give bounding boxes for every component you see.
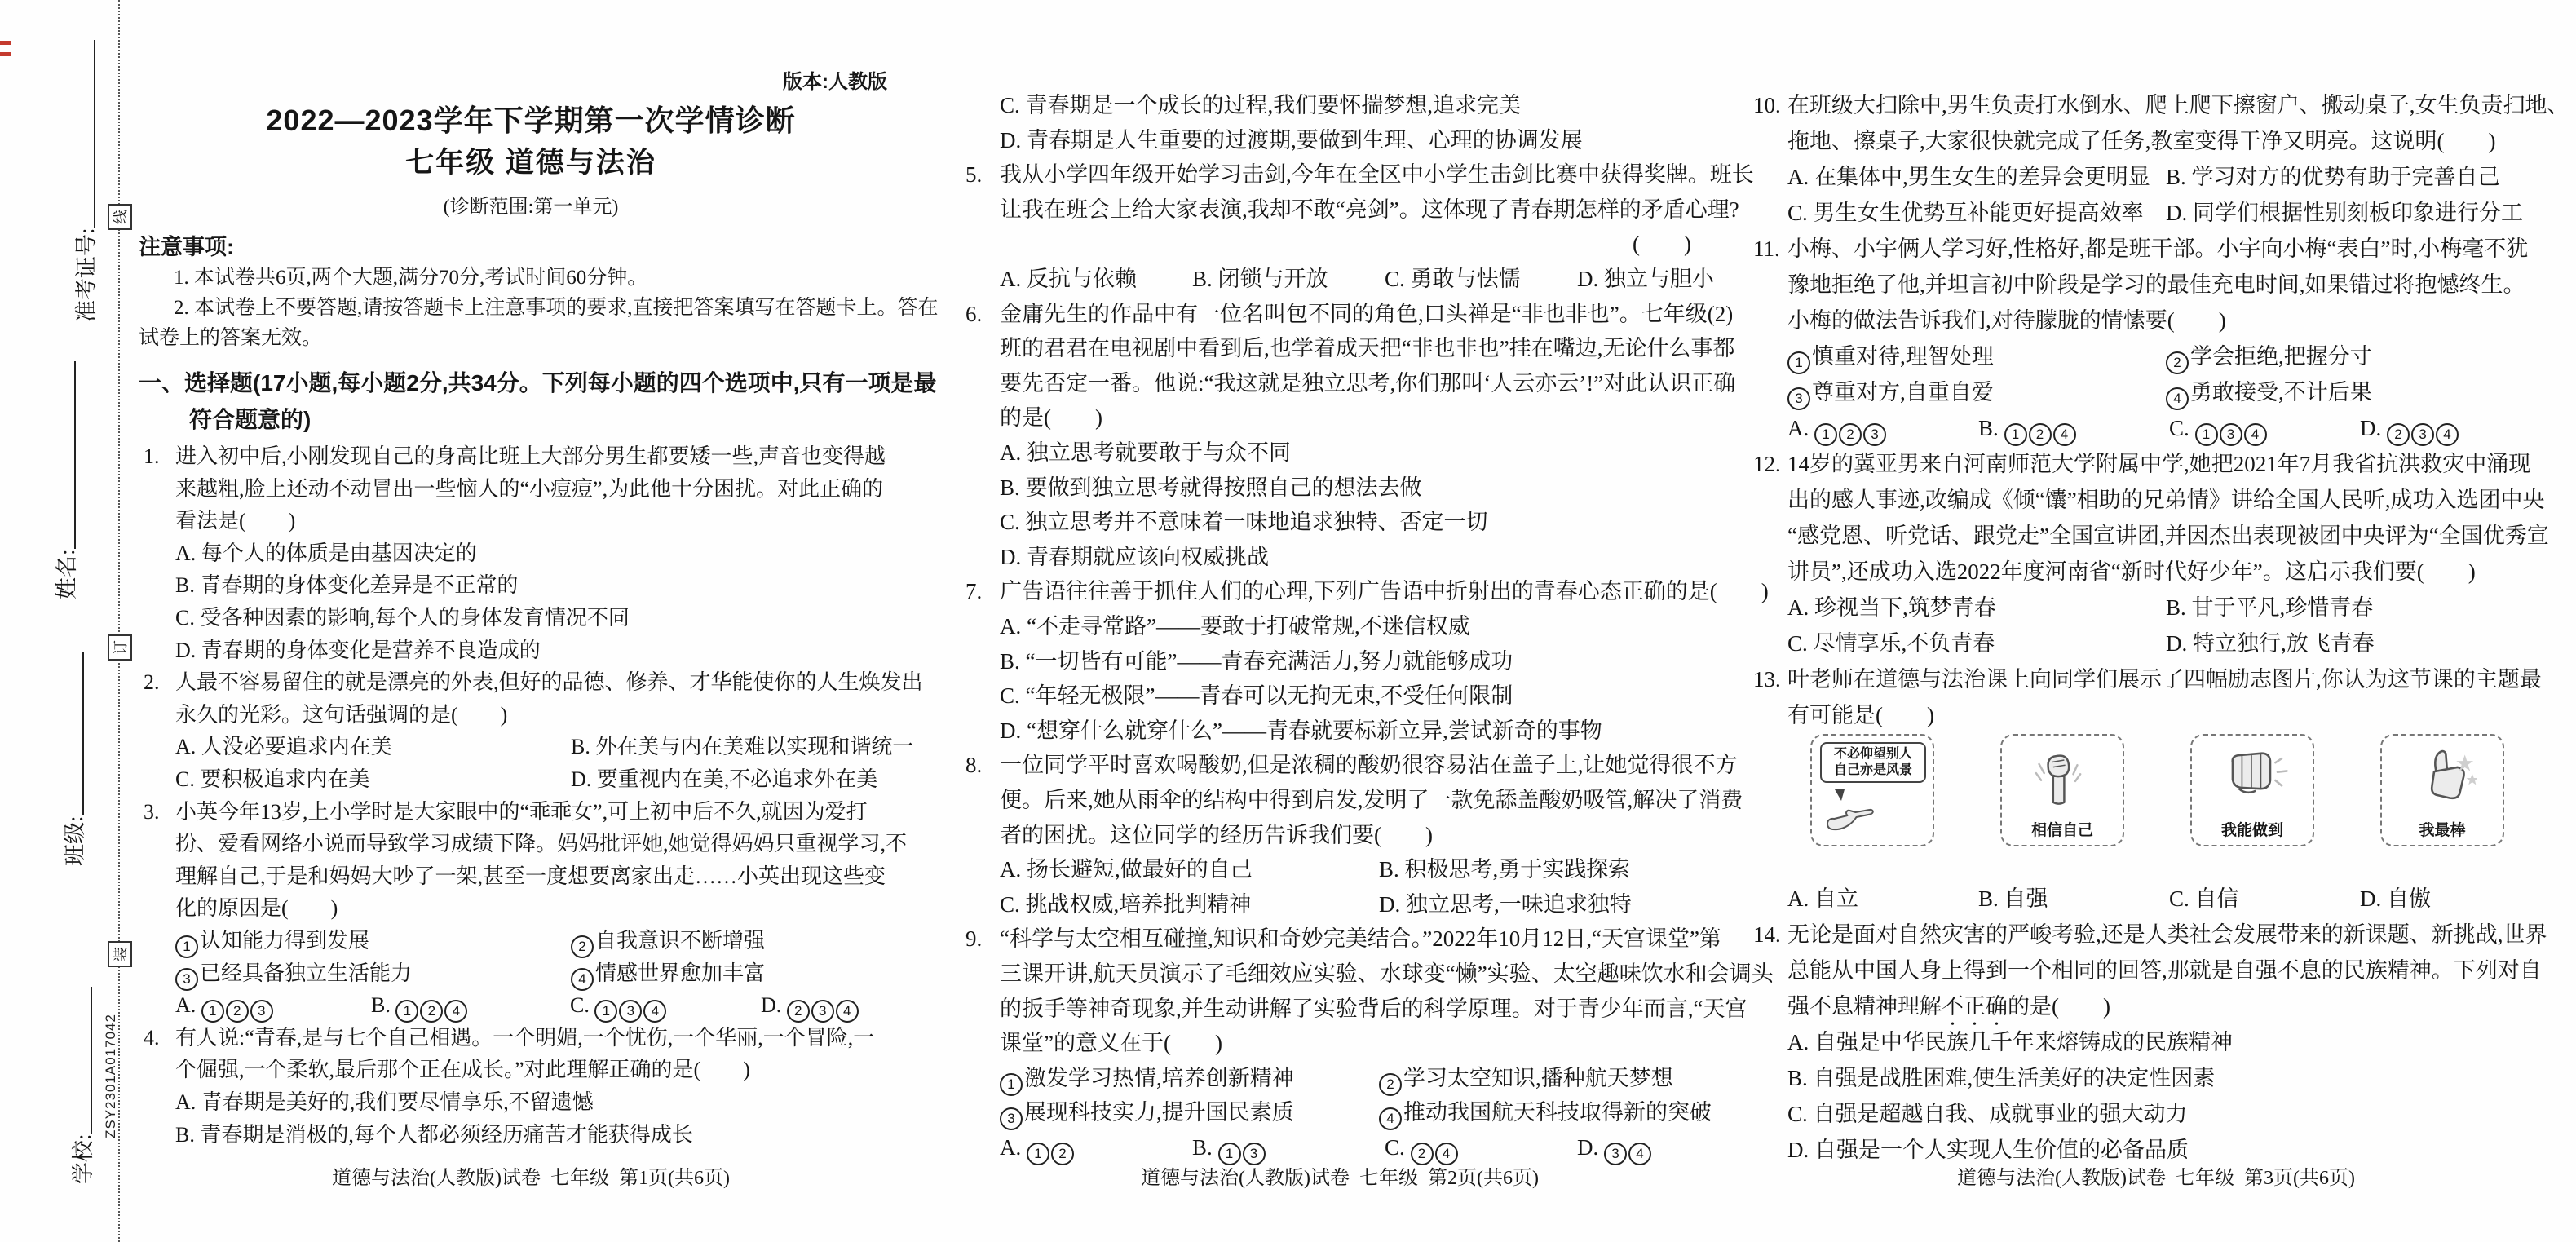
option-item: C. 男生女生优势互补能更好提高效率 <box>1787 199 2144 227</box>
option-letter: A. <box>1000 267 1027 291</box>
circled-number: 3 <box>1787 387 1810 410</box>
circled-number: 3 <box>619 1000 642 1023</box>
circled-number: 1 <box>201 1000 224 1023</box>
option-letter: A. <box>1000 1135 1027 1160</box>
option-letter: D. <box>1000 128 1027 152</box>
option-letter: A. <box>1000 440 1027 465</box>
question-line: 进入初中后,小刚发现自己的身高比班上大部分男生都要矮一些,声音也变得越 <box>175 443 886 471</box>
question-number: 6. <box>965 300 982 328</box>
circled-number: 1 <box>395 1000 418 1023</box>
option-text: 自傲 <box>2387 886 2431 911</box>
numbered-statement: 3展现科技实力,提升国民素质 <box>1000 1098 1294 1130</box>
option-letter: C. <box>2169 416 2195 440</box>
option-text: 勇敢与怯懦 <box>1411 267 1521 291</box>
option-letter: D. <box>2166 631 2193 656</box>
option-line: B. 要做到独立思考就得按照自己的想法去做 <box>1000 474 1422 502</box>
question-line: 永久的光彩。这句话强调的是( ) <box>175 701 507 729</box>
option-letter: A. <box>175 1090 201 1114</box>
option-line: D. “想穿什么就穿什么”——青春就要标新立异,尝试新奇的事物 <box>1000 717 1602 745</box>
option-letter: B. <box>1787 1066 1814 1090</box>
option-letter: A. <box>175 993 201 1017</box>
numbered-statement: 4勇敢接受,不计后果 <box>2166 378 2372 410</box>
circled-number: 3 <box>1000 1107 1023 1130</box>
question-line: ( ) <box>1000 230 1691 258</box>
option-text: 积极思考,勇于实践探索 <box>1405 857 1631 882</box>
speech-bubble: 不必仰望别人自己亦是风景 <box>1820 742 1926 783</box>
circled-number: 1 <box>2004 423 2027 446</box>
sidebar-field-name: 姓名: <box>49 361 81 599</box>
question-number: 10. <box>1753 91 1781 119</box>
option-letter: C. <box>175 606 200 630</box>
option-text: 同学们根据性别刻板印象进行分工 <box>2193 201 2523 225</box>
question-number: 14. <box>1753 921 1781 948</box>
option-letter: D. <box>1577 1135 1604 1160</box>
question-line: 班的君君在电视剧中看到后,也学着成天把“非也非也”挂在嘴边,无论什么事都 <box>1000 334 1734 362</box>
sidebar-field-school: 学校: <box>65 987 97 1184</box>
question-line: 广告语往往善于抓住人们的心理,下列广告语中折射出的青春心态正确的是( ) <box>1000 577 1769 605</box>
question-line: 强不息精神理解不正确的是( ) <box>1787 992 2110 1031</box>
option-line: A. 自强是中华民族几千年来熔铸成的民族精神 <box>1787 1028 2233 1056</box>
option-letter: C. <box>175 767 200 791</box>
option-letter: B. <box>1000 475 1026 500</box>
question-number: 13. <box>1753 665 1781 693</box>
option-text: 自强是一个人实现人生价值的必备品质 <box>1814 1138 2189 1162</box>
option-item: D. 特立独行,放飞青春 <box>2166 630 2375 657</box>
notice-title: 注意事项: <box>139 229 234 261</box>
option-letter: B. <box>175 1123 200 1147</box>
option-text: 闭锁与开放 <box>1218 267 1328 291</box>
question-number: 3. <box>144 798 160 826</box>
option-text: 每个人的体质是由基因决定的 <box>201 541 477 565</box>
option-item: A. 反抗与依赖 <box>1000 265 1137 293</box>
circled-number: 4 <box>444 1000 467 1023</box>
option-item: C. 勇敢与怯懦 <box>1385 265 1521 293</box>
scan-registration-mark <box>0 41 11 45</box>
speech-bubble-tail <box>1835 789 1845 801</box>
circled-number: 4 <box>2436 423 2459 446</box>
question-line: 理解自己,于是和妈妈大吵了一架,甚至一度想要离家出走……小英出现这些变 <box>175 863 886 891</box>
option-letter: D. <box>175 639 201 662</box>
question-line: 个倔强,一个柔软,最后那个正在成长。”对此理解正确的是( ) <box>175 1056 750 1084</box>
option-text: 自我意识不断增强 <box>595 929 765 952</box>
question-number: 1. <box>144 443 160 471</box>
option-item: A. 扬长避短,做最好的自己 <box>1000 855 1253 883</box>
option-letter: A. <box>1787 1030 1814 1054</box>
exam-title: 2022—2023学年下学期第一次学情诊断 <box>139 98 923 139</box>
question-line: 看法是( ) <box>175 507 295 535</box>
option-text: 青春期是人生重要的过渡期,要做到生理、心理的协调发展 <box>1027 128 1583 152</box>
option-text: 尊重对方,自重自爱 <box>1812 380 1994 404</box>
circled-number: 3 <box>2411 423 2434 446</box>
question-line: 化的原因是( ) <box>175 895 338 922</box>
option-letter: B. <box>1379 857 1405 882</box>
option-text: 青春期是美好的,我们要尽情享乐,不留遗憾 <box>201 1090 594 1114</box>
question-line: 拖地、擦桌子,大家很快就完成了任务,教室变得干净又明亮。这说明( ) <box>1787 127 2495 155</box>
question-line: “科学与太空相互碰撞,知识和奇妙完美结合。”2022年10月12日,“天宫课堂”… <box>1000 925 1721 952</box>
option-letter: C. <box>1000 892 1026 917</box>
option-line: B. “一切皆有可能”——青春充满活力,努力就能够成功 <box>1000 648 1513 675</box>
numbered-statement: 4情感世界愈加丰富 <box>571 960 765 991</box>
numbered-statement: 1激发学习热情,培养创新精神 <box>1000 1064 1294 1096</box>
option-text: 自立 <box>1814 886 1858 911</box>
circled-number: 2 <box>226 1000 249 1023</box>
option-text: 要做到独立思考就得按照自己的想法去做 <box>1026 475 1422 500</box>
circled-number: 2 <box>2166 351 2189 374</box>
page-footer-2: 道德与法治(人教版)试卷 七年级 第2页(共6页) <box>965 1161 1714 1190</box>
circled-number: 3 <box>175 968 198 991</box>
school-blank <box>74 987 92 1134</box>
option-text: 已经具备独立生活能力 <box>200 961 412 985</box>
option-text: 男生女生优势互补能更好提高效率 <box>1814 201 2144 225</box>
option-letter: C. <box>1385 267 1411 291</box>
circled-number: 2 <box>1839 423 1862 446</box>
option-text: 独立思考并不意味着一味地追求独特、否定一切 <box>1026 510 1488 534</box>
option-letter: B. <box>1192 1135 1218 1160</box>
name-label: 姓名: <box>55 549 79 599</box>
option-text: 特立独行,放飞青春 <box>2193 631 2375 656</box>
question-number: 5. <box>965 161 982 188</box>
option-letter: D. <box>2166 201 2193 225</box>
option-line: C. 青春期是一个成长的过程,我们要怀揣梦想,追求完美 <box>1000 91 1521 119</box>
text: 强不息精神理解 <box>1787 994 1942 1019</box>
option-letter: A. <box>175 541 201 565</box>
option-text: 受各种因素的影响,每个人的身体发育情况不同 <box>200 606 630 630</box>
notice-item-2-cont: 试卷上的答案无效。 <box>139 321 322 351</box>
question-line: 来越粗,脸上还动不动冒出一些恼人的“小痘痘”,为此他十分困扰。对此正确的 <box>175 475 883 503</box>
binding-char-zhuang: 装 <box>108 941 132 967</box>
question-line: 课堂”的意义在于( ) <box>1000 1029 1222 1057</box>
question-line: 豫地拒绝了他,并坦言初中阶段是学习的最佳充电时间,如果错过将抱憾终生。 <box>1787 271 2525 298</box>
option-line: A. 青春期是美好的,我们要尽情享乐,不留遗憾 <box>175 1089 594 1116</box>
question-number: 11. <box>1753 235 1780 263</box>
question-line: 的是( ) <box>1000 404 1102 431</box>
option-letter: A. <box>1787 886 1814 911</box>
exam-scan-page: 线 订 装 准考证号: 姓名: 班级: 学校: ZSY2301A017042 版… <box>0 0 2576 1242</box>
notice-item-2: 2. 本试卷上不要答题,请按答题卡上注意事项的要求,直接把答案填写在答题卡上。答… <box>174 291 939 320</box>
exam-scope: (诊断范围:第一单元) <box>139 190 923 219</box>
option-item: C. 134 <box>2169 414 2269 446</box>
question-line: 出的感人事迹,改编成《倾“馕”相助的兄弟情》讲给全国人民听,成功入选团中央 <box>1787 486 2544 514</box>
binding-char-ding: 订 <box>108 634 132 661</box>
circled-number: 4 <box>2166 387 2189 410</box>
option-text: “不走寻常路”——要敢于打破常规,不迷信权威 <box>1027 614 1470 639</box>
option-item: B. 外在美与内在美难以实现和谐统一 <box>571 733 913 761</box>
option-letter: C. <box>2169 886 2195 911</box>
option-letter: B. <box>1000 649 1026 674</box>
option-text: 尽情享乐,不负青春 <box>1814 631 1995 656</box>
motivational-card: 不必仰望别人自己亦是风景 <box>1810 734 1934 846</box>
option-line: A. 每个人的体质是由基因决定的 <box>175 540 477 568</box>
speech-bubble-line: 自己亦是风景 <box>1823 762 1923 779</box>
option-text: 独立思考就要敢于与众不同 <box>1027 440 1291 465</box>
circled-number: 4 <box>1379 1107 1402 1130</box>
motivational-card: 相信自己 <box>2000 734 2124 846</box>
option-text: 青春期就应该向权威挑战 <box>1027 545 1269 569</box>
sidebar-field-exam-id: 准考证号: <box>68 40 100 322</box>
numbered-statement: 3尊重对方,自重自爱 <box>1787 378 1994 410</box>
circled-number: 4 <box>2244 423 2267 446</box>
option-item: C. 自信 <box>2169 885 2239 913</box>
option-letter: D. <box>1000 545 1027 569</box>
option-line: D. 自强是一个人实现人生价值的必备品质 <box>1787 1136 2189 1164</box>
option-item: B. 自强 <box>1978 885 2048 913</box>
section-heading-line1: 一、选择题(17小题,每小题2分,共34分。下列每小题的四个选项中,只有一项是最 <box>139 365 937 398</box>
circled-number: 2 <box>571 935 594 958</box>
question-line: 让我在班会上给大家表演,我却不敢“亮剑”。这体现了青春期怎样的矛盾心理? <box>1000 196 1739 223</box>
question-number: 4. <box>144 1024 160 1052</box>
class-label: 班级: <box>63 815 87 866</box>
option-text: 要重视内在美,不必追求外在美 <box>597 767 878 791</box>
option-item: B. 124 <box>1978 414 2078 446</box>
option-item: B. 学习对方的优势有助于完善自己 <box>2166 163 2500 191</box>
circled-number: 2 <box>787 1000 810 1023</box>
class-blank <box>66 652 84 815</box>
option-text: 自信 <box>2195 886 2239 911</box>
option-text: 自强 <box>2004 886 2048 911</box>
option-text: 自强是超越自我、成就事业的强大动力 <box>1814 1102 2188 1126</box>
question-line: 有人说:“青春,是与七个自己相遇。一个明媚,一个忧伤,一个华丽,一个冒险,一 <box>175 1024 874 1052</box>
question-number: 7. <box>965 577 982 605</box>
question-line: 小梅的做法告诉我们,对待朦胧的情愫要( ) <box>1787 307 2226 334</box>
option-text: 在集体中,男生女生的差异会更明显 <box>1814 165 2150 189</box>
question-line: 便。后来,她从雨伞的结构中得到启发,发明了一款免舔盖酸奶吸管,解决了消费 <box>1000 786 1743 814</box>
option-letter: B. <box>2166 165 2192 189</box>
numbered-statement: 3已经具备独立生活能力 <box>175 960 412 991</box>
circled-number: 4 <box>2053 423 2076 446</box>
circled-number: 1 <box>2195 423 2218 446</box>
option-item: A. 珍视当下,筑梦青春 <box>1787 594 1996 621</box>
option-text: 青春期是消极的,每个人都必须经历痛苦才能获得成长 <box>200 1123 693 1147</box>
speech-bubble-line: 不必仰望别人 <box>1823 746 1923 762</box>
question-line: 叶老师在道德与法治课上向同学们展示了四幅励志图片,你认为这节课的主题最 <box>1787 665 2542 693</box>
option-item: D. 要重视内在美,不必追求外在美 <box>571 766 877 793</box>
name-blank <box>58 361 76 549</box>
question-line: 讲员”,还成功入选2022年度河南省“新时代好少年”。这启示我们要( ) <box>1787 558 2476 586</box>
option-item: B. 积极思考,勇于实践探索 <box>1379 855 1630 883</box>
option-letter: C. <box>1000 683 1026 708</box>
option-letter: C. <box>1787 1102 1814 1126</box>
option-line: C. “年轻无极限”——青春可以无拘无束,不受任何限制 <box>1000 682 1513 709</box>
numbered-statement: 4推动我国航天科技取得新的突破 <box>1379 1098 1712 1130</box>
question-line: 有可能是( ) <box>1787 701 1934 729</box>
option-line: B. 自强是战胜困难,使生活美好的决定性因素 <box>1787 1064 2215 1092</box>
option-letter: B. <box>1978 416 2004 440</box>
circled-number: 1 <box>1000 1073 1023 1096</box>
option-line: C. 受各种因素的影响,每个人的身体发育情况不同 <box>175 604 630 632</box>
option-text: 独立思考,一味追求独特 <box>1406 892 1632 917</box>
circled-number: 1 <box>1814 423 1837 446</box>
option-letter: C. <box>1000 510 1026 534</box>
question-line: 者的困扰。这位同学的经历告诉我们要( ) <box>1000 821 1433 849</box>
option-item: D. 同学们根据性别刻板印象进行分工 <box>2166 199 2523 227</box>
option-text: 反抗与依赖 <box>1027 267 1137 291</box>
option-text: 人没必要追求内在美 <box>201 735 392 758</box>
circled-number: 2 <box>420 1000 443 1023</box>
option-line: A. 独立思考就要敢于与众不同 <box>1000 439 1291 466</box>
section-heading-line2: 符合题意的) <box>189 402 311 435</box>
option-letter: B. <box>371 993 395 1017</box>
text: 的是( ) <box>2008 994 2110 1019</box>
question-line: 扮、爱看网络小说而导致学习成绩下降。妈妈批评她,她觉得妈妈只重视学习,不 <box>175 830 907 858</box>
circled-number: 2 <box>1379 1073 1402 1096</box>
option-line: C. 独立思考并不意味着一味地追求独特、否定一切 <box>1000 508 1488 536</box>
option-letter: A. <box>1000 857 1027 882</box>
option-letter: D. <box>1787 1138 1814 1162</box>
option-item: B. 124 <box>371 992 469 1023</box>
question-number: 2. <box>144 669 160 696</box>
question-line: 一位同学平时喜欢喝酸奶,但是浓稠的酸奶很容易沾在盖子上,让她觉得很不方 <box>1000 751 1738 779</box>
option-letter: C. <box>570 993 594 1017</box>
exam-subtitle: 七年级 道德与法治 <box>139 140 923 181</box>
notice-item-1: 1. 本试卷共6页,两个大题,满分70分,考试时间60分钟。 <box>174 261 647 290</box>
circled-number: 1 <box>1787 351 1810 374</box>
numbered-statement: 1认知能力得到发展 <box>175 927 369 958</box>
question-line: 无论是面对自然灾害的严峻考验,还是人类社会发展带来的新课题、新挑战,世界 <box>1787 921 2547 948</box>
exam-id-blank <box>77 40 95 228</box>
option-text: “年轻无极限”——青春可以无拘无束,不受任何限制 <box>1026 683 1513 708</box>
option-item: C. 要积极追求内在美 <box>175 766 369 793</box>
option-text: 激发学习热情,培养创新精神 <box>1024 1066 1294 1090</box>
circled-number: 2 <box>2387 423 2410 446</box>
circled-number: 1 <box>175 935 198 958</box>
option-item: A. 人没必要追求内在美 <box>175 733 392 761</box>
circled-number: 1 <box>594 1000 617 1023</box>
option-text: “一切皆有可能”——青春充满活力,努力就能够成功 <box>1026 649 1513 674</box>
option-letter: C. <box>1385 1135 1411 1160</box>
numbered-statement: 2自我意识不断增强 <box>571 927 765 958</box>
card-caption: 我能做到 <box>2192 818 2313 840</box>
option-letter: A. <box>1787 595 1814 620</box>
page-footer-3: 道德与法治(人教版)试卷 七年级 第3页(共6页) <box>1753 1161 2559 1190</box>
option-text: 推动我国航天科技取得新的突破 <box>1403 1100 1712 1125</box>
option-line: D. 青春期是人生重要的过渡期,要做到生理、心理的协调发展 <box>1000 126 1583 154</box>
scan-registration-mark <box>0 52 11 56</box>
question-line: 总能从中国人身上得到一个相同的回答,那就是自强不息的民族精神。下列对自 <box>1787 957 2542 984</box>
card-caption: 我最棒 <box>2382 818 2503 840</box>
option-line: C. 自强是超越自我、成就事业的强大动力 <box>1787 1100 2188 1128</box>
option-letter: A. <box>175 735 201 758</box>
option-letter: D. <box>2360 886 2387 911</box>
binding-char-xian: 线 <box>108 204 132 230</box>
numbered-statement: 2学会拒绝,把握分寸 <box>2166 343 2372 374</box>
option-text: 挑战权威,培养批判精神 <box>1026 892 1252 917</box>
card-caption: 相信自己 <box>2002 818 2123 840</box>
circled-number: 3 <box>250 1000 273 1023</box>
option-text: 独立与胆小 <box>1604 267 1714 291</box>
option-letter: A. <box>1787 165 1814 189</box>
option-letter: B. <box>1192 267 1218 291</box>
option-text: 学习对方的优势有助于完善自己 <box>2192 165 2500 189</box>
question-line: 我从小学四年级开始学习击剑,今年在全区中小学生击剑比赛中获得奖牌。班长 <box>1000 161 1754 188</box>
option-item: D. 自傲 <box>2360 885 2431 913</box>
question-line: 三课开讲,航天员演示了毛细效应实验、水球变“懒”实验、太空趣味饮水和会调头 <box>1000 960 1774 988</box>
option-item: C. 尽情享乐,不负青春 <box>1787 630 1995 657</box>
question-line: 人最不容易留住的就是漂亮的外表,但好的品德、修养、才华能使你的人生焕发出 <box>175 669 923 696</box>
option-text: 自强是战胜困难,使生活美好的决定性因素 <box>1814 1066 2216 1090</box>
question-line: 金庸先生的作品中有一位名叫包不同的角色,口头禅是“非也非也”。七年级(2) <box>1000 300 1733 328</box>
question-line: “感党恩、听党话、跟党走”全国宣讲团,并因杰出表现被团中央评为“全国优秀宣 <box>1787 522 2549 550</box>
option-letter: A. <box>1000 614 1027 639</box>
emphasized-text: 不正确 <box>1942 994 2008 1019</box>
paper-code: ZSY2301A017042 <box>103 1014 119 1138</box>
option-text: “想穿什么就穿什么”——青春就要标新立异,尝试新奇的事物 <box>1027 718 1602 743</box>
question-line: 在班级大扫除中,男生负责打水倒水、爬上爬下擦窗户、搬动桌子,女生负责扫地、 <box>1787 91 2569 119</box>
option-text: 勇敢接受,不计后果 <box>2190 380 2372 404</box>
option-letter: D. <box>1000 718 1027 743</box>
page-footer-1: 道德与法治(人教版)试卷 七年级 第1页(共6页) <box>139 1161 923 1190</box>
option-item: B. 甘于平凡,珍惜青春 <box>2166 594 2373 621</box>
sidebar-field-class: 班级: <box>57 652 89 866</box>
option-item: A. 自立 <box>1787 885 1858 913</box>
option-letter: D. <box>1379 892 1406 917</box>
option-item: B. 闭锁与开放 <box>1192 265 1328 293</box>
option-item: D. 独立与胆小 <box>1577 265 1714 293</box>
option-text: 甘于平凡,珍惜青春 <box>2192 595 2374 620</box>
question-number: 12. <box>1753 450 1781 478</box>
option-text: 珍视当下,筑梦青春 <box>1814 595 1996 620</box>
option-item: D. 独立思考,一味追求独特 <box>1379 891 1632 918</box>
option-line: A. “不走寻常路”——要敢于打破常规,不迷信权威 <box>1000 612 1470 640</box>
option-letter: B. <box>175 573 200 597</box>
question-line: 的扳手等神奇现象,并生动讲解了实验背后的科学原理。对于青少年而言,“天宫 <box>1000 995 1747 1023</box>
option-letter: D. <box>761 993 787 1017</box>
option-item: A. 123 <box>175 992 275 1023</box>
option-item: D. 234 <box>2360 414 2460 446</box>
option-text: 认知能力得到发展 <box>200 929 369 952</box>
circled-number: 3 <box>2220 423 2242 446</box>
circled-number: 3 <box>811 1000 834 1023</box>
circled-number: 2 <box>2029 423 2052 446</box>
question-number: 9. <box>965 925 982 952</box>
option-text: 学习太空知识,播种航天梦想 <box>1403 1066 1673 1090</box>
question-line: 要先否定一番。他说:“我这就是独立思考,你们那叫‘人云亦云’!”对此认识正确 <box>1000 369 1735 397</box>
option-letter: C. <box>1000 93 1026 117</box>
option-letter: C. <box>1787 631 1814 656</box>
option-text: 青春期的身体变化差异是不正常的 <box>200 573 518 597</box>
option-letter: B. <box>1978 886 2004 911</box>
numbered-statement: 2学习太空知识,播种航天梦想 <box>1379 1064 1673 1096</box>
circled-number: 4 <box>836 1000 859 1023</box>
option-letter: A. <box>1787 416 1814 440</box>
option-letter: D. <box>1577 267 1604 291</box>
numbered-statement: 1慎重对待,理智处理 <box>1787 343 1994 374</box>
option-item: A. 在集体中,男生女生的差异会更明显 <box>1787 163 2150 191</box>
edition-label: 版本:人教版 <box>783 65 921 94</box>
option-letter: D. <box>2360 416 2387 440</box>
circled-number: 4 <box>643 1000 666 1023</box>
question-line: 14岁的冀亚男来自河南师范大学附属中学,她把2021年7月我省抗洪救灾中涌现 <box>1787 450 2530 478</box>
question-line: 小英今年13岁,上小学时是大家眼中的“乖乖女”,可上初中后不久,就因为爱打 <box>175 798 868 826</box>
option-text: 慎重对待,理智处理 <box>1812 344 1994 369</box>
option-text: 要积极追求内在美 <box>200 767 369 791</box>
question-line: 小梅、小宇俩人学习好,性格好,都是班干部。小宇向小梅“表白”时,小梅毫不犹 <box>1787 235 2528 263</box>
option-text: 扬长避短,做最好的自己 <box>1027 857 1253 882</box>
option-text: 自强是中华民族几千年来熔铸成的民族精神 <box>1814 1030 2233 1054</box>
option-text: 外在美与内在美难以实现和谐统一 <box>595 735 913 758</box>
option-text: 情感世界愈加丰富 <box>595 961 765 985</box>
option-line: D. 青春期的身体变化是营养不良造成的 <box>175 637 541 665</box>
option-line: D. 青春期就应该向权威挑战 <box>1000 543 1269 571</box>
option-item: A. 123 <box>1787 414 1888 446</box>
question-number: 8. <box>965 751 982 779</box>
option-line: B. 青春期是消极的,每个人都必须经历痛苦才能获得成长 <box>175 1121 693 1149</box>
option-item: C. 134 <box>570 992 668 1023</box>
option-item: D. 234 <box>761 992 860 1023</box>
option-text: 青春期是一个成长的过程,我们要怀揣梦想,追求完美 <box>1026 93 1522 117</box>
option-text: 学会拒绝,把握分寸 <box>2190 344 2372 369</box>
option-letter: D. <box>571 767 597 791</box>
option-line: B. 青春期的身体变化差异是不正常的 <box>175 572 518 599</box>
